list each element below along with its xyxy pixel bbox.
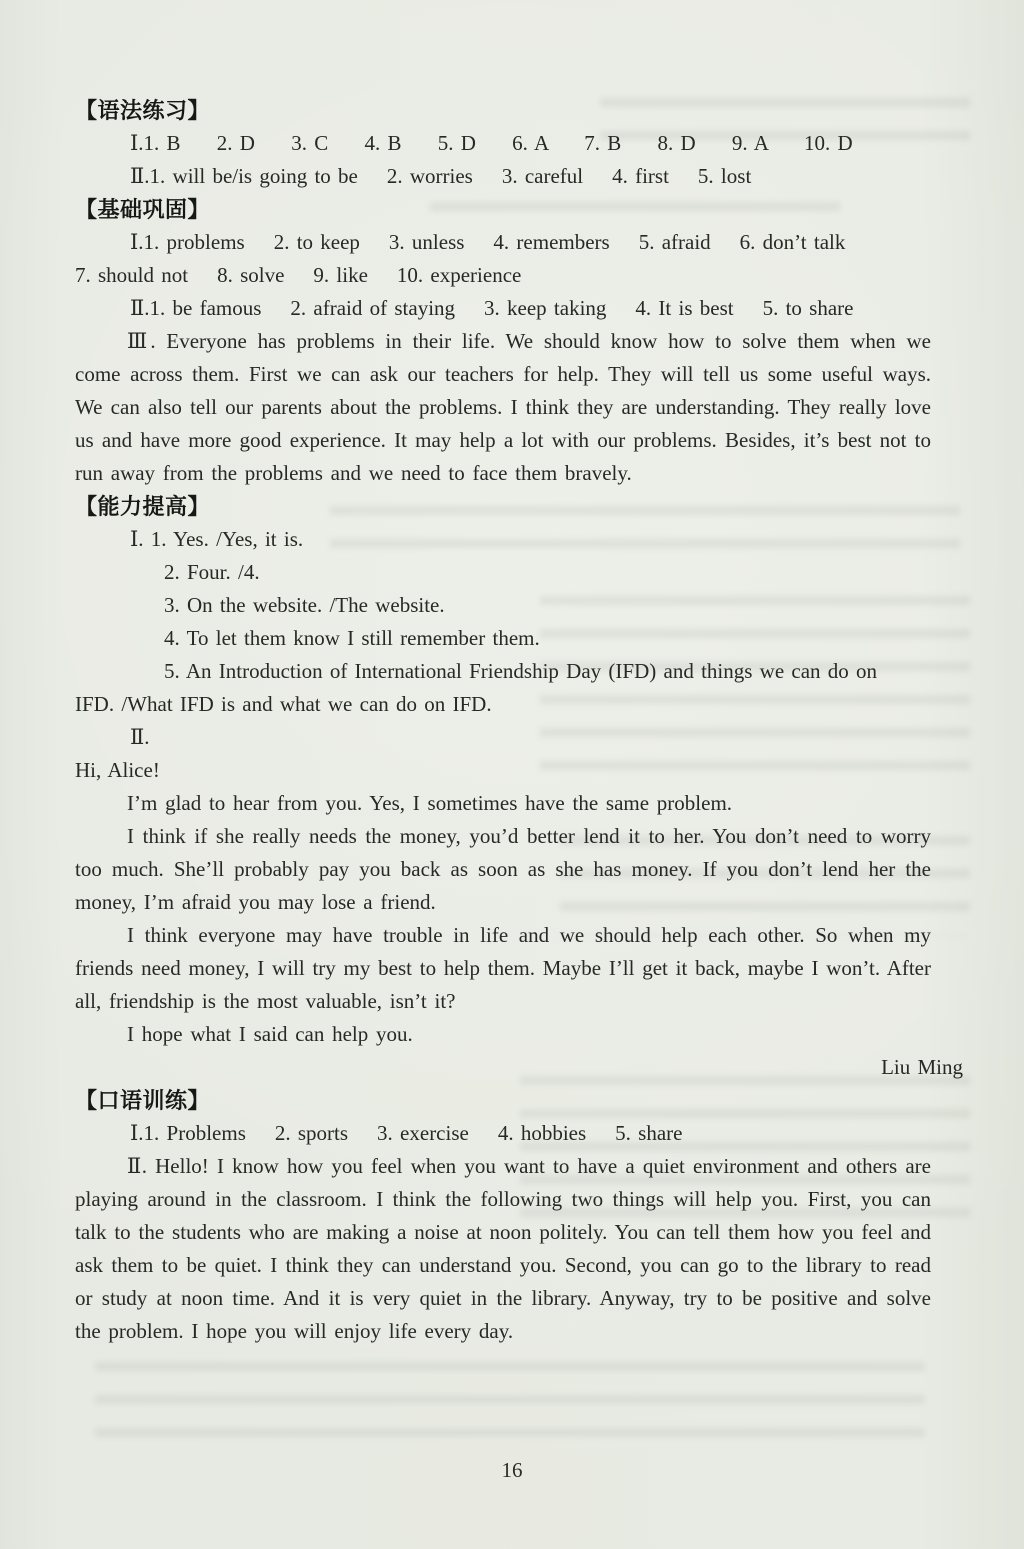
letter-paragraph: I think if she really needs the money, y…	[75, 820, 931, 919]
answer-line-grammar-part2: Ⅱ.1. will be/is going to be 2. worries 3…	[75, 160, 931, 193]
section-heading-ability: 【能力提高】	[75, 490, 931, 523]
answer-item: 3. On the website. /The website.	[75, 589, 931, 622]
letter-paragraph: I hope what I said can help you.	[75, 1018, 931, 1051]
page-number: 16	[0, 1455, 1024, 1485]
answer-line-grammar-part1: Ⅰ.1. B 2. D 3. C 4. B 5. D 6. A 7. B 8. …	[75, 127, 931, 160]
page-content: 【语法练习】 Ⅰ.1. B 2. D 3. C 4. B 5. D 6. A 7…	[75, 94, 931, 1348]
bleed-through-artifact	[95, 1362, 925, 1450]
section-ability-improvement: 【能力提高】 Ⅰ. 1. Yes. /Yes, it is. 2. Four. …	[75, 490, 931, 1084]
section-heading-foundation: 【基础巩固】	[75, 193, 931, 226]
answer-item-continuation: IFD. /What IFD is and what we can do on …	[75, 688, 931, 721]
section-heading-oral: 【口语训练】	[75, 1084, 931, 1117]
scanned-workbook-answer-page: 【语法练习】 Ⅰ.1. B 2. D 3. C 4. B 5. D 6. A 7…	[0, 0, 1024, 1549]
answer-line-foundation-part1-cont: 7. should not 8. solve 9. like 10. exper…	[75, 259, 931, 292]
answer-line-foundation-part2: Ⅱ.1. be famous 2. afraid of staying 3. k…	[75, 292, 931, 325]
letter-signature: Liu Ming	[75, 1051, 963, 1084]
answer-line-oral-part1: Ⅰ.1. Problems 2. sports 3. exercise 4. h…	[75, 1117, 931, 1150]
letter-salutation: Hi, Alice!	[75, 754, 931, 787]
answer-item: 4. To let them know I still remember the…	[75, 622, 931, 655]
letter-paragraph: I think everyone may have trouble in lif…	[75, 919, 931, 1018]
part-label: Ⅱ.	[75, 721, 931, 754]
answer-line-foundation-part1: Ⅰ.1. problems 2. to keep 3. unless 4. re…	[75, 226, 931, 259]
answer-paragraph-foundation-part3: Ⅲ. Everyone has problems in their life. …	[75, 325, 931, 490]
section-grammar-practice: 【语法练习】 Ⅰ.1. B 2. D 3. C 4. B 5. D 6. A 7…	[75, 94, 931, 193]
answer-item: 2. Four. /4.	[75, 556, 931, 589]
letter-paragraph: I’m glad to hear from you. Yes, I someti…	[75, 787, 931, 820]
answer-paragraph-oral-part2: Ⅱ. Hello! I know how you feel when you w…	[75, 1150, 931, 1348]
answer-item: 5. An Introduction of International Frie…	[75, 655, 931, 688]
section-oral-training: 【口语训练】 Ⅰ.1. Problems 2. sports 3. exerci…	[75, 1084, 931, 1348]
answer-item: Ⅰ. 1. Yes. /Yes, it is.	[75, 523, 931, 556]
section-heading-grammar: 【语法练习】	[75, 94, 931, 127]
section-basic-consolidation: 【基础巩固】 Ⅰ.1. problems 2. to keep 3. unles…	[75, 193, 931, 490]
